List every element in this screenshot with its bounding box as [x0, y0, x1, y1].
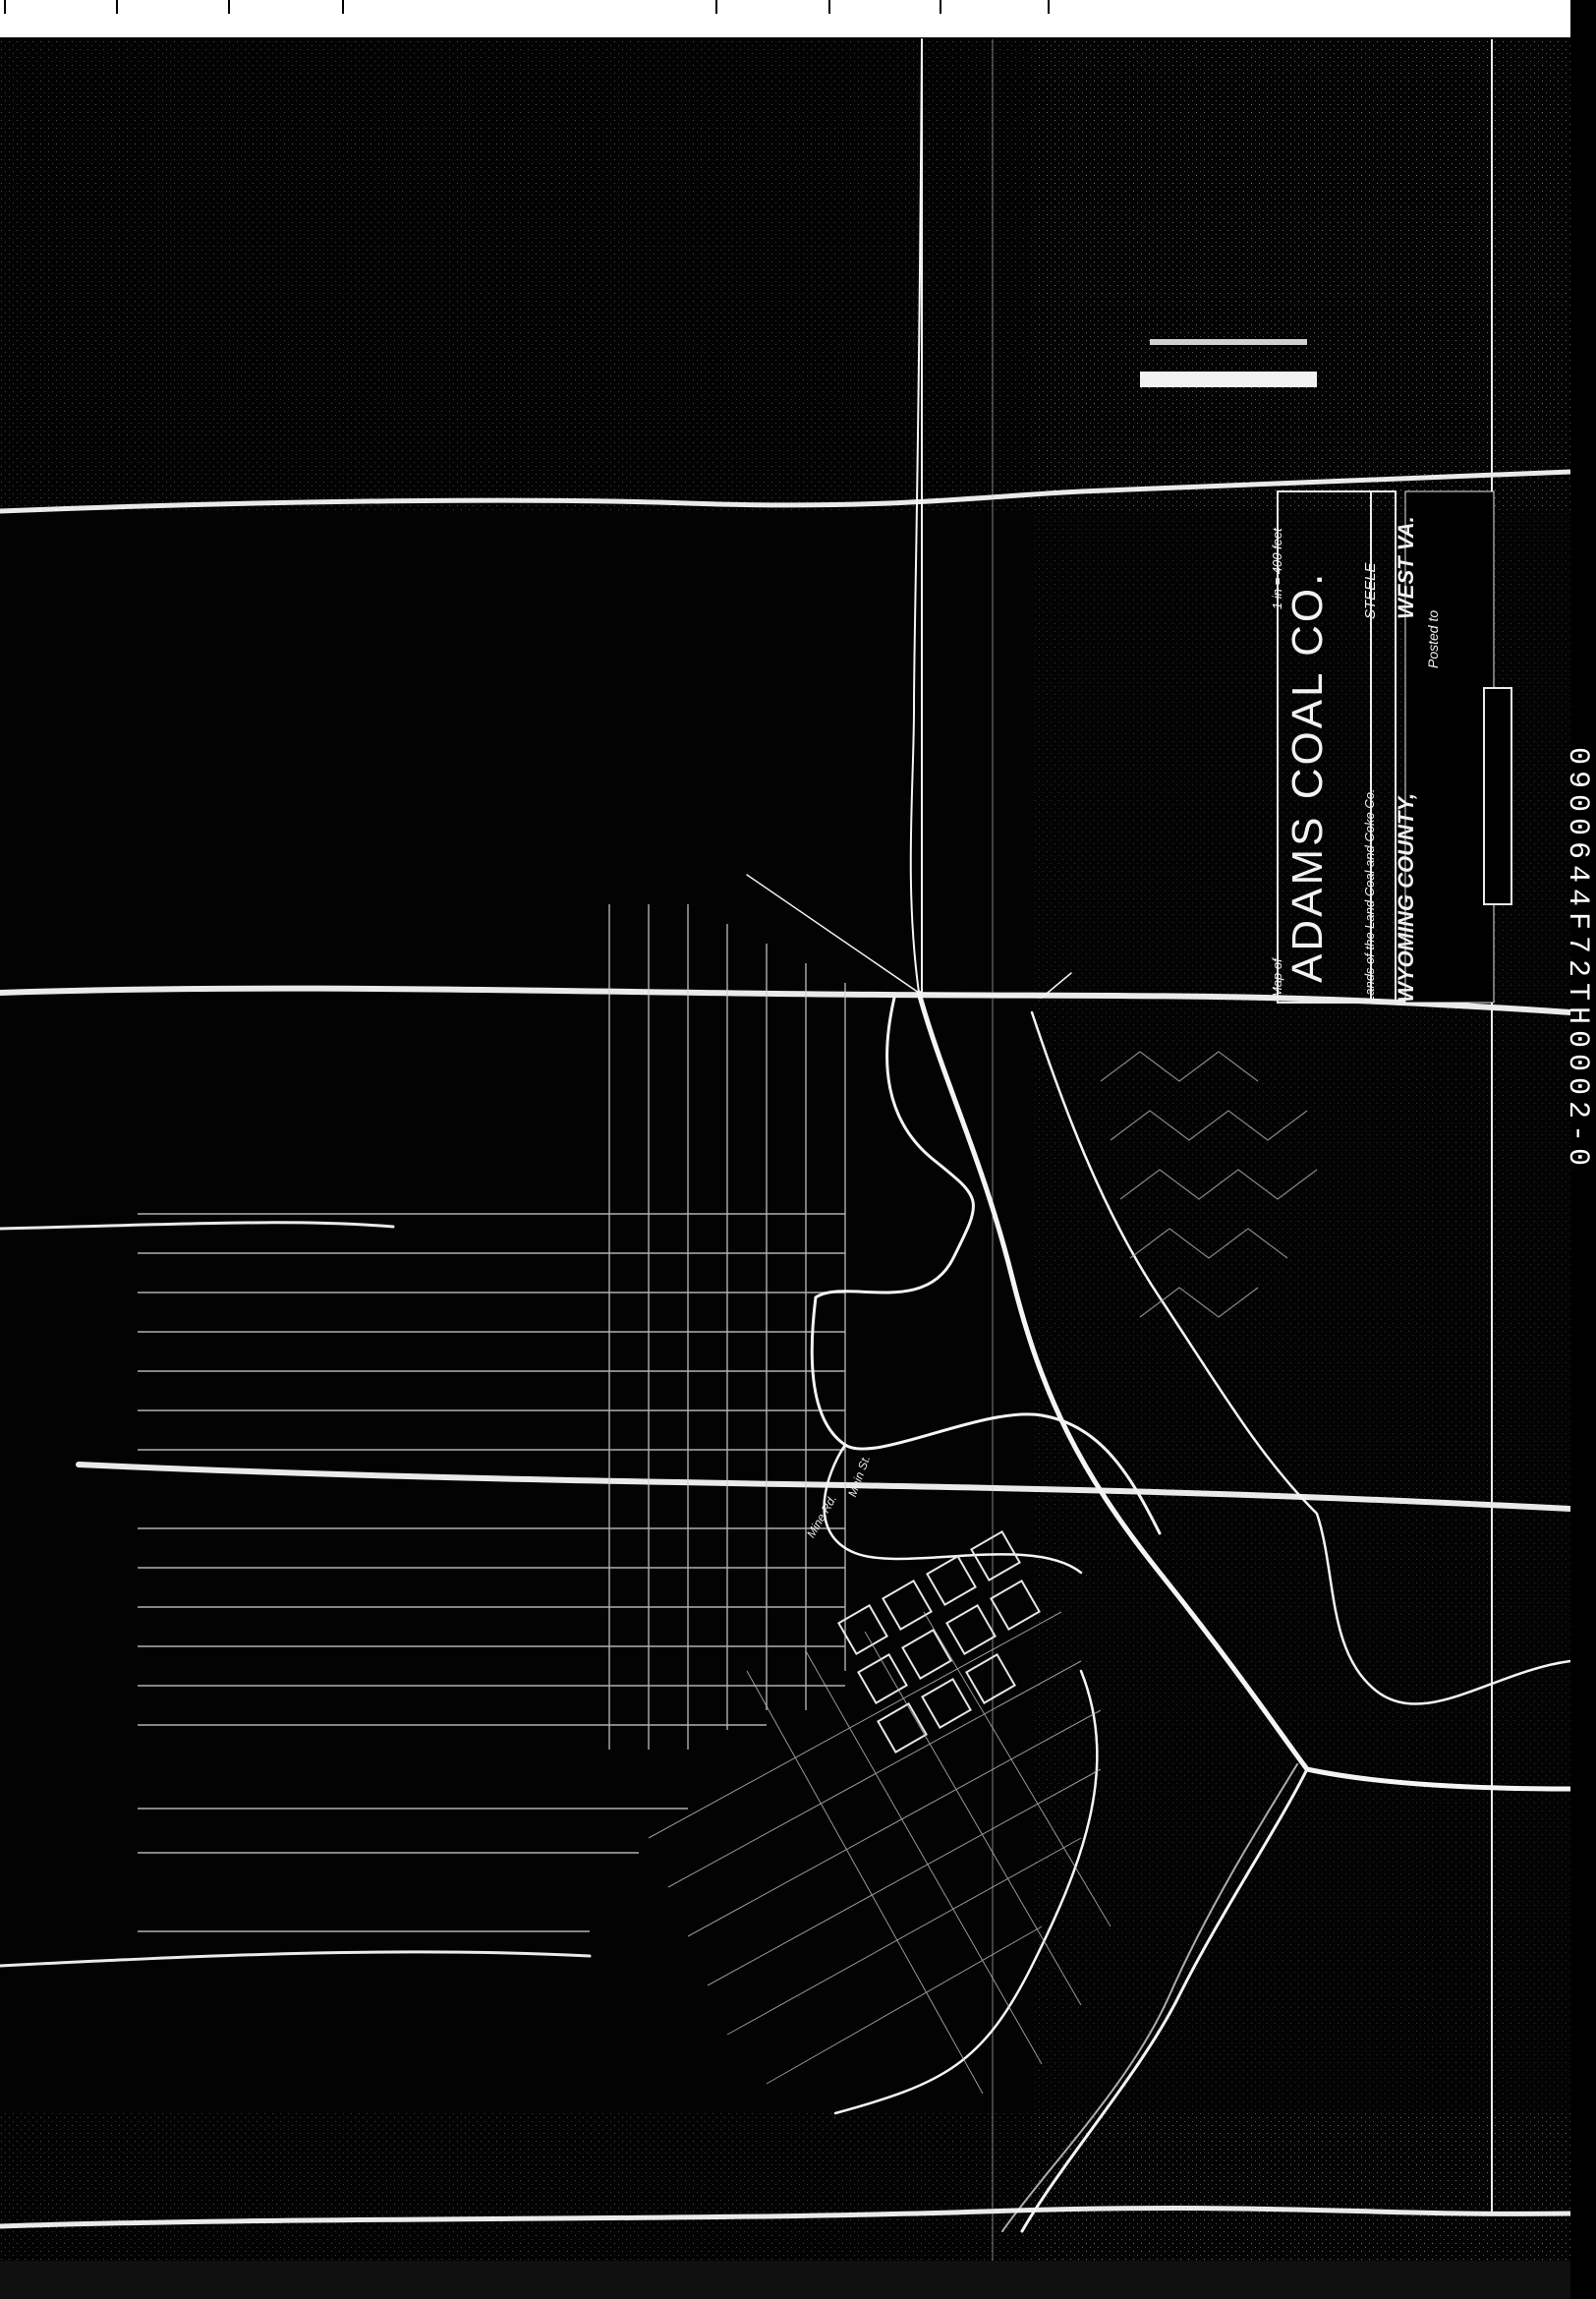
- title-block: Map of 1 in = 400 feet ADAMS COAL CO. La…: [1278, 491, 1445, 1003]
- subtitle: Lands of the Land Coal and Coke Co.: [1362, 788, 1377, 1003]
- state-label: WEST VA.: [1394, 516, 1419, 619]
- company-title: ADAMS COAL CO.: [1283, 571, 1333, 983]
- posted-note: Posted to: [1425, 610, 1441, 668]
- map-drawing: [0, 0, 1596, 2299]
- title-prefix: Map of: [1270, 958, 1284, 998]
- district-label: STEELE: [1362, 562, 1379, 619]
- archive-number: 0900644F72TH0002-0: [1561, 747, 1594, 1172]
- scale-note: 1 in = 400 feet: [1270, 528, 1284, 609]
- county-label: WYOMING COUNTY,: [1394, 793, 1419, 1003]
